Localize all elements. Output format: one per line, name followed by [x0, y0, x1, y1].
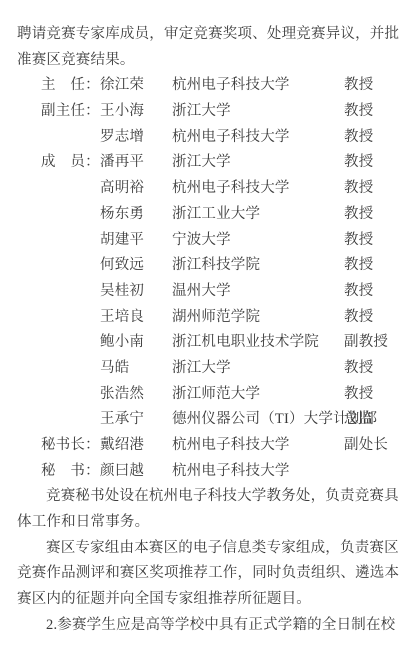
committee-row: 马皓 浙江大学 教授 — [17, 356, 394, 382]
member-name: 徐江荣 — [100, 73, 172, 99]
committee-row: 杨东勇 浙江工业大学 教授 — [17, 202, 394, 228]
member-title: 教授 — [344, 253, 373, 279]
member-name: 王培良 — [100, 305, 172, 331]
member-title: 教授 — [344, 382, 373, 408]
member-organization: 宁波大学 — [172, 228, 344, 254]
member-organization: 温州大学 — [172, 279, 344, 305]
member-organization: 浙江工业大学 — [172, 202, 344, 228]
member-name: 马皓 — [100, 356, 172, 382]
role-label — [41, 305, 100, 331]
committee-row: 副主任： 王小海 浙江大学 教授 — [17, 99, 394, 125]
role-label — [41, 382, 100, 408]
member-organization: 湖州师范学院 — [172, 305, 344, 331]
member-title: 教授 — [344, 305, 373, 331]
member-name: 颜曰越 — [100, 459, 172, 485]
committee-row: 王培良 湖州师范学院 教授 — [17, 305, 394, 331]
role-label: 副主任： — [41, 99, 100, 125]
member-organization: 浙江师范大学 — [172, 382, 344, 408]
committee-row: 胡建平 宁波大学 教授 — [17, 228, 394, 254]
expert-group-paragraph-line: 竞赛作品测评和赛区奖项推荐工作，同时负责组织、遴选本 — [17, 561, 394, 587]
member-title: 总监 — [344, 407, 373, 433]
member-title: 教授 — [344, 202, 373, 228]
member-title: 教授 — [344, 125, 373, 151]
committee-row: 高明裕 杭州电子科技大学 教授 — [17, 176, 394, 202]
member-title: 副处长 — [344, 433, 388, 459]
member-title: 教授 — [344, 99, 373, 125]
member-name: 王承宁 — [100, 407, 172, 433]
member-name: 戴绍港 — [100, 433, 172, 459]
role-label: 秘书长： — [41, 433, 100, 459]
member-name: 杨东勇 — [100, 202, 172, 228]
role-label — [41, 330, 100, 356]
member-title: 教授 — [344, 150, 373, 176]
member-organization: 杭州电子科技大学 — [172, 73, 344, 99]
item-2-paragraph-line: 2.参赛学生应是高等学校中具有正式学籍的全日制在校 — [17, 613, 394, 639]
committee-row: 秘书长： 戴绍港 杭州电子科技大学 副处长 — [17, 433, 394, 459]
role-label — [41, 356, 100, 382]
document-content: 聘请竞赛专家库成员，审定竞赛奖项、处理竞赛异议，并批准赛区竞赛结果。 主 任： … — [17, 22, 394, 639]
member-organization: 浙江科技学院 — [172, 253, 344, 279]
member-organization: 浙江大学 — [172, 356, 344, 382]
role-label — [41, 176, 100, 202]
committee-row: 鲍小南 浙江机电职业技术学院 副教授 — [17, 330, 394, 356]
member-title: 教授 — [344, 73, 373, 99]
member-name: 罗志增 — [100, 125, 172, 151]
member-organization: 杭州电子科技大学 — [172, 176, 344, 202]
member-organization: 杭州电子科技大学 — [172, 459, 344, 485]
secretariat-paragraph-line: 体工作和日常事务。 — [17, 510, 394, 536]
member-organization: 德州仪器公司（TI）大学计划部 — [172, 407, 344, 433]
member-name: 潘再平 — [100, 150, 172, 176]
member-title: 教授 — [344, 356, 373, 382]
role-label: 主 任： — [41, 73, 100, 99]
committee-row: 何致远 浙江科技学院 教授 — [17, 253, 394, 279]
committee-row: 张浩然 浙江师范大学 教授 — [17, 382, 394, 408]
role-label — [41, 202, 100, 228]
member-title: 教授 — [344, 176, 373, 202]
committee-row: 主 任： 徐江荣 杭州电子科技大学 教授 — [17, 73, 394, 99]
role-label — [41, 228, 100, 254]
member-organization: 杭州电子科技大学 — [172, 433, 344, 459]
member-organization: 浙江机电职业技术学院 — [172, 330, 344, 356]
member-title: 副教授 — [344, 330, 388, 356]
committee-row: 吴桂初 温州大学 教授 — [17, 279, 394, 305]
role-label — [41, 279, 100, 305]
member-organization: 杭州电子科技大学 — [172, 125, 344, 151]
member-name: 吴桂初 — [100, 279, 172, 305]
expert-group-paragraph-line: 赛区专家组由本赛区的电子信息类专家组成，负责赛区 — [17, 536, 394, 562]
member-name: 何致远 — [100, 253, 172, 279]
member-organization: 浙江大学 — [172, 150, 344, 176]
committee-row: 罗志增 杭州电子科技大学 教授 — [17, 125, 394, 151]
role-label — [41, 253, 100, 279]
member-name: 高明裕 — [100, 176, 172, 202]
expert-group-paragraph-line: 赛区内的征题并向全国专家组推荐所征题目。 — [17, 587, 394, 613]
intro-paragraph-line: 聘请竞赛专家库成员，审定竞赛奖项、处理竞赛异议，并批 — [17, 22, 394, 48]
member-title: 教授 — [344, 228, 373, 254]
secretariat-paragraph-line: 竞赛秘书处设在杭州电子科技大学教务处，负责竞赛具 — [17, 484, 394, 510]
role-label — [41, 125, 100, 151]
member-name: 张浩然 — [100, 382, 172, 408]
document-page: 聘请竞赛专家库成员，审定竞赛奖项、处理竞赛异议，并批准赛区竞赛结果。 主 任： … — [0, 0, 420, 651]
member-name: 鲍小南 — [100, 330, 172, 356]
member-name: 王小海 — [100, 99, 172, 125]
member-organization: 浙江大学 — [172, 99, 344, 125]
member-title: 教授 — [344, 279, 373, 305]
committee-row: 王承宁 德州仪器公司（TI）大学计划部 总监 — [17, 407, 394, 433]
member-name: 胡建平 — [100, 228, 172, 254]
role-label — [41, 407, 100, 433]
committee-row: 成 员： 潘再平 浙江大学 教授 — [17, 150, 394, 176]
committee-row: 秘 书： 颜曰越 杭州电子科技大学 — [17, 459, 394, 485]
role-label: 成 员： — [41, 150, 100, 176]
intro-paragraph-line: 准赛区竞赛结果。 — [17, 48, 394, 74]
role-label: 秘 书： — [41, 459, 100, 485]
